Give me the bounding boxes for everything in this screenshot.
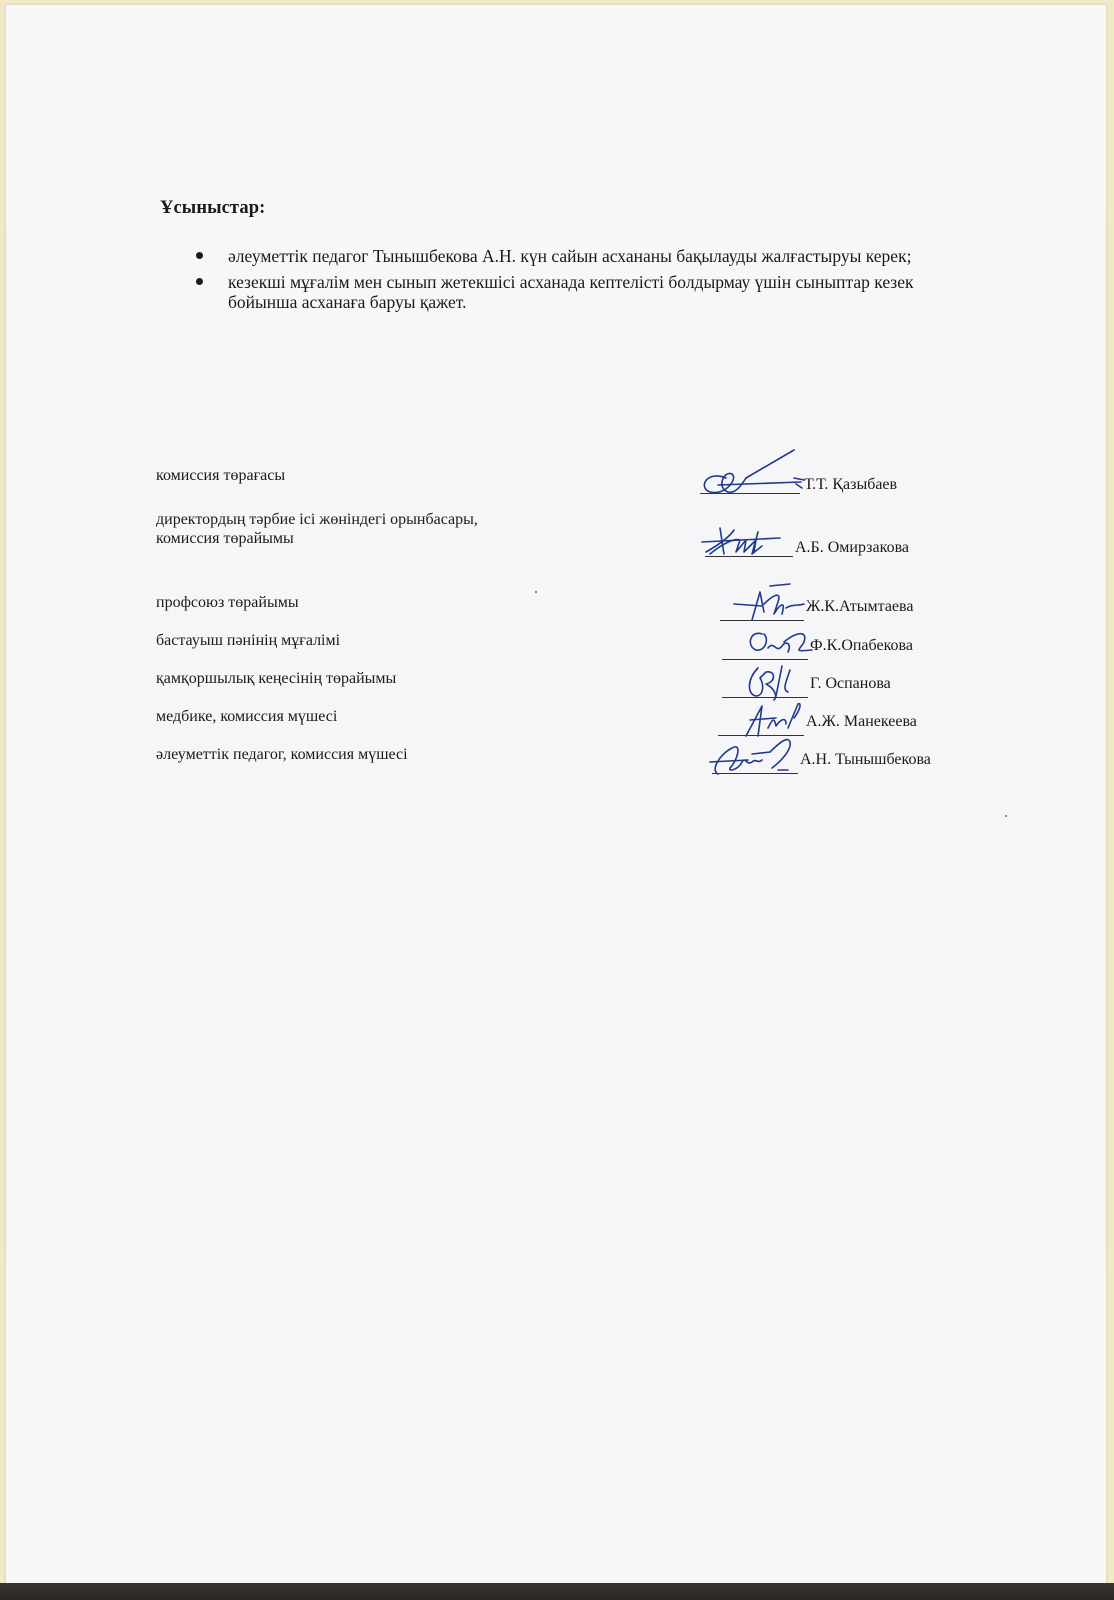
bullet-icon xyxy=(196,252,203,259)
recommendation-text: кезекші мұғалім мен сынып жетекшісі асха… xyxy=(228,272,913,312)
signer-name: А.Б. Омирзакова xyxy=(795,538,909,557)
signer-name: А.Н. Тынышбекова xyxy=(800,750,931,769)
signer-role: әлеуметтік педагог, комиссия мүшесі xyxy=(156,745,408,764)
paper-speck xyxy=(535,591,537,593)
signer-role: директордың тәрбие ісі жөніндегі орынбас… xyxy=(156,510,478,529)
recommendations-list: әлеуметтік педагог Тынышбекова А.Н. күн … xyxy=(196,246,956,318)
signer-name: А.Ж. Манекеева xyxy=(806,712,917,731)
signer-role: профсоюз төрайымы xyxy=(156,593,299,612)
signature-mark xyxy=(700,522,810,562)
document-page xyxy=(6,5,1106,1583)
recommendation-item: әлеуметтік педагог Тынышбекова А.Н. күн … xyxy=(196,246,956,266)
paper-speck xyxy=(1005,815,1007,817)
recommendation-item: кезекші мұғалім мен сынып жетекшісі асха… xyxy=(196,272,956,312)
signer-name: Ж.К.Атымтаева xyxy=(806,597,913,616)
desk-background xyxy=(0,1583,1114,1600)
signer-role: бастауыш пәнінің мұғалімі xyxy=(156,631,340,650)
signer-role-continued: комиссия төрайымы xyxy=(156,529,294,548)
recommendation-text: әлеуметтік педагог Тынышбекова А.Н. күн … xyxy=(228,246,911,266)
signer-name: Т.Т. Қазыбаев xyxy=(804,475,897,494)
signer-role: комиссия төрағасы xyxy=(156,466,285,485)
signer-name: Ф.К.Опабекова xyxy=(810,636,913,655)
signer-name: Г. Оспанова xyxy=(810,674,891,693)
signer-role: қамқоршылық кеңесінің төрайымы xyxy=(156,669,396,688)
bullet-icon xyxy=(196,278,203,285)
recommendations-heading: Ұсыныстар: xyxy=(160,198,265,219)
signer-role: медбике, комиссия мүшесі xyxy=(156,707,337,726)
